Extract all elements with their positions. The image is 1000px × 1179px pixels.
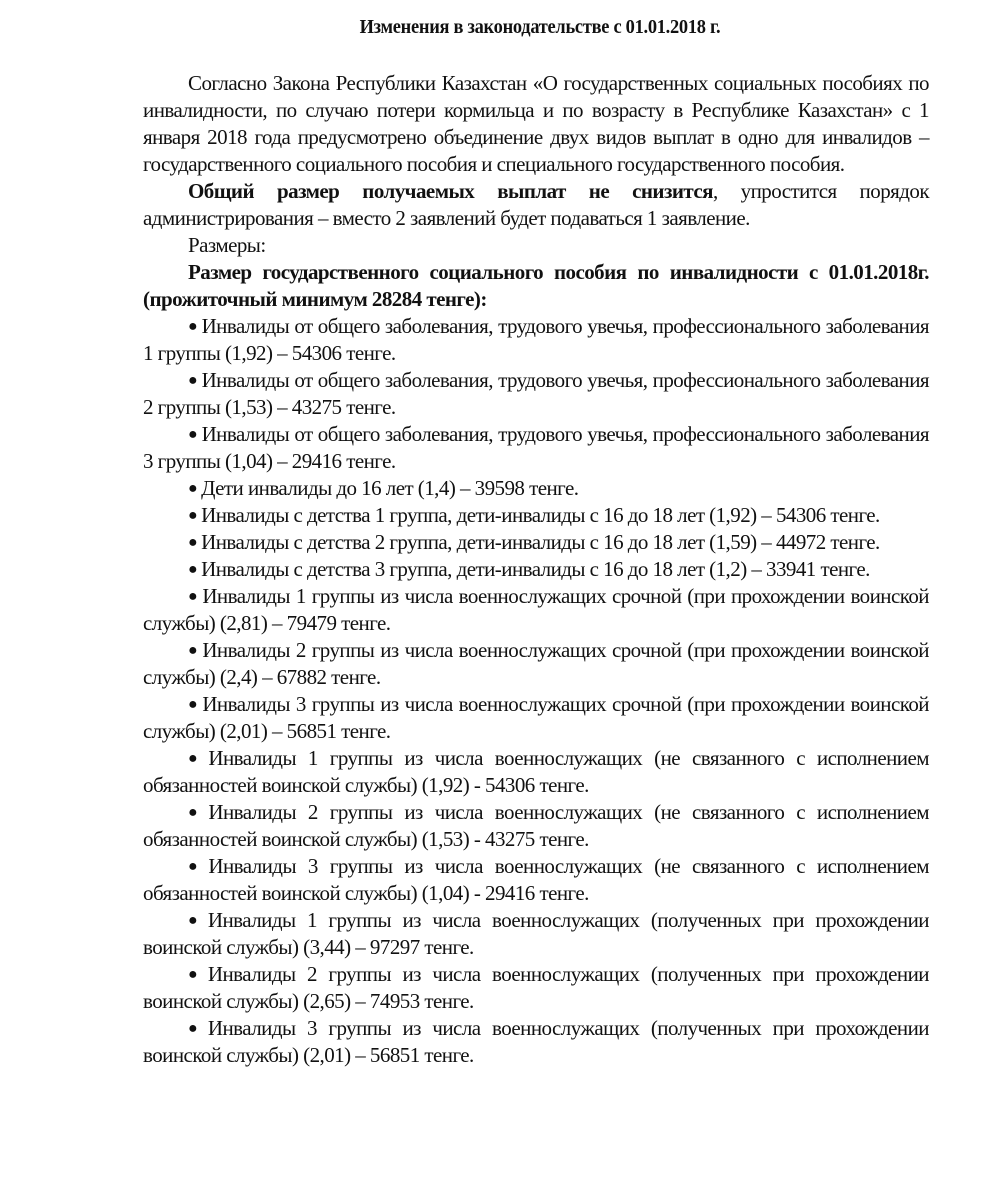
benefit-list-item: ●Инвалиды с детства 1 группа, дети-инвал… [143,502,929,529]
bullet-icon: ● [188,1020,204,1037]
note-paragraph: Общий размер получаемых выплат не снизит… [143,178,929,232]
benefit-item-text: Инвалиды с детства 2 группа, дети-инвали… [201,530,880,554]
benefit-list-item: ●Инвалиды 1 группы из числа военнослужащ… [143,583,929,637]
benefit-item-text: Инвалиды 3 группы из числа военнослужащи… [143,854,929,905]
benefit-list-item: ●Дети инвалиды до 16 лет (1,4) – 39598 т… [143,475,929,502]
note-bold-text: Общий размер получаемых выплат не снизит… [188,179,713,203]
benefit-list-item: ●Инвалиды от общего заболевания, трудово… [143,313,929,367]
benefit-item-text: Инвалиды от общего заболевания, трудовог… [143,368,929,419]
benefit-list-item: ●Инвалиды с детства 2 группа, дети-инвал… [143,529,929,556]
bullet-icon: ● [188,966,204,983]
benefit-list: ●Инвалиды от общего заболевания, трудово… [143,313,929,1069]
benefit-item-text: Инвалиды 2 группы из числа военнослужащи… [143,638,929,689]
bullet-icon: ● [188,480,197,497]
bullet-icon: ● [188,372,198,389]
benefit-list-item: ●Инвалиды 2 группы из числа военнослужащ… [143,799,929,853]
benefit-list-item: ●Инвалиды 1 группы из числа военнослужащ… [143,745,929,799]
benefit-item-text: Инвалиды 1 группы из числа военнослужащи… [143,746,929,797]
bullet-icon: ● [188,534,197,551]
benefit-list-item: ●Инвалиды 3 группы из числа военнослужащ… [143,853,929,907]
sizes-label: Размеры: [143,232,929,259]
bullet-icon: ● [188,561,197,578]
section-heading: Размер государственного социального посо… [143,259,929,313]
benefit-list-item: ●Инвалиды 3 группы из числа военнослужащ… [143,691,929,745]
bullet-icon: ● [188,804,204,821]
benefit-item-text: Инвалиды от общего заболевания, трудовог… [143,314,929,365]
bullet-icon: ● [188,912,204,929]
benefit-list-item: ●Инвалиды 1 группы из числа военнослужащ… [143,907,929,961]
benefit-item-text: Инвалиды 2 группы из числа военнослужащи… [143,800,929,851]
bullet-icon: ● [188,318,198,335]
benefit-list-item: ●Инвалиды от общего заболевания, трудово… [143,367,929,421]
bullet-icon: ● [188,750,204,767]
intro-paragraph: Согласно Закона Республики Казахстан «О … [143,70,929,178]
benefit-item-text: Инвалиды 2 группы из числа военнослужащи… [143,962,929,1013]
bullet-icon: ● [188,642,198,659]
bullet-icon: ● [188,588,198,605]
benefit-list-item: ●Инвалиды 2 группы из числа военнослужащ… [143,637,929,691]
document-page: Изменения в законодательстве с 01.01.201… [143,12,929,1069]
benefit-item-text: Инвалиды 1 группы из числа военнослужащи… [143,908,929,959]
benefit-item-text: Инвалиды 1 группы из числа военнослужащи… [143,584,929,635]
bullet-icon: ● [188,696,198,713]
benefit-item-text: Дети инвалиды до 16 лет (1,4) – 39598 те… [201,476,578,500]
benefit-item-text: Инвалиды от общего заболевания, трудовог… [143,422,929,473]
bullet-icon: ● [188,858,204,875]
benefit-list-item: ●Инвалиды с детства 3 группа, дети-инвал… [143,556,929,583]
bullet-icon: ● [188,426,198,443]
benefit-item-text: Инвалиды с детства 3 группа, дети-инвали… [201,557,870,581]
benefit-list-item: ●Инвалиды от общего заболевания, трудово… [143,421,929,475]
benefit-item-text: Инвалиды с детства 1 группа, дети-инвали… [201,503,880,527]
bullet-icon: ● [188,507,197,524]
benefit-list-item: ●Инвалиды 3 группы из числа военнослужащ… [143,1015,929,1069]
benefit-list-item: ●Инвалиды 2 группы из числа военнослужащ… [143,961,929,1015]
benefit-item-text: Инвалиды 3 группы из числа военнослужащи… [143,692,929,743]
document-title: Изменения в законодательстве с 01.01.201… [182,12,898,42]
benefit-item-text: Инвалиды 3 группы из числа военнослужащи… [143,1016,929,1067]
